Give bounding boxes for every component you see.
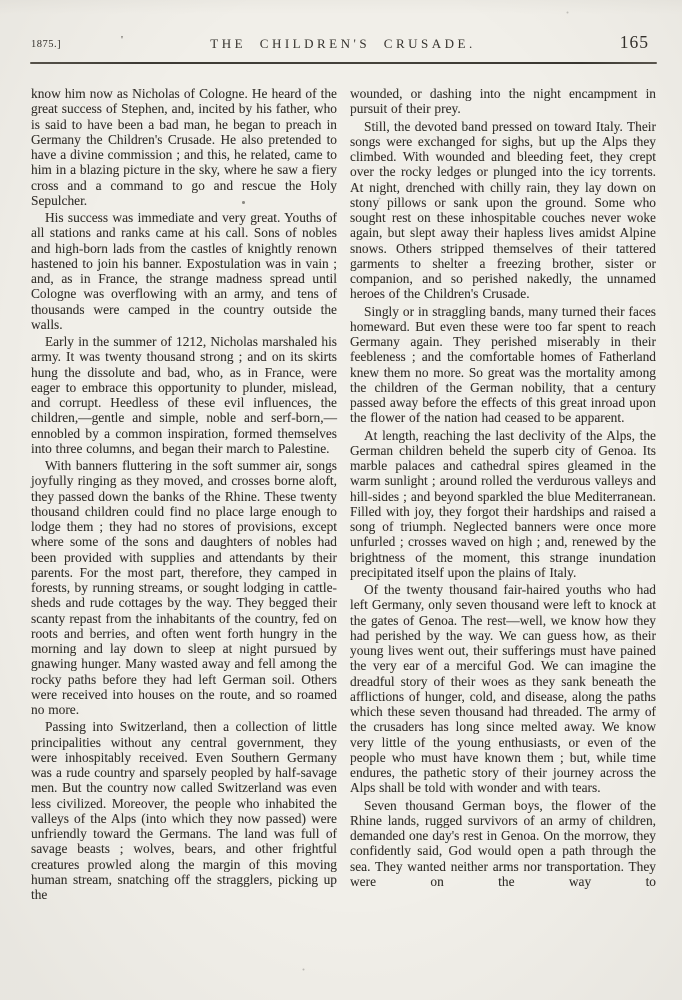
paragraph: Of the twenty thousand fair-haired youth… bbox=[350, 582, 656, 796]
paragraph: With banners fluttering in the soft summ… bbox=[31, 458, 337, 717]
page-number: 165 bbox=[620, 32, 649, 53]
scan-speck bbox=[0, 0, 1, 1]
paragraph: know him now as Nicholas of Cologne. He … bbox=[31, 86, 337, 208]
book-page: 1875.] ' THE CHILDREN'S CRUSADE. 165 kno… bbox=[0, 0, 682, 1000]
paragraph: His success was immediate and very great… bbox=[31, 210, 337, 332]
paragraph: At length, reaching the last declivity o… bbox=[350, 428, 656, 581]
right-column: wounded, or dashing into the night encam… bbox=[350, 86, 656, 902]
paragraph: wounded, or dashing into the night encam… bbox=[350, 86, 656, 117]
page-header: 1875.] ' THE CHILDREN'S CRUSADE. 165 bbox=[31, 30, 655, 56]
paragraph: Still, the devoted band pressed on towar… bbox=[350, 119, 656, 302]
header-rule bbox=[30, 62, 657, 64]
paragraph: Early in the summer of 1212, Nicholas ma… bbox=[31, 334, 337, 456]
text-columns: know him now as Nicholas of Cologne. He … bbox=[31, 86, 656, 902]
paragraph: Singly or in straggling bands, many turn… bbox=[350, 304, 656, 426]
paragraph: Passing into Switzerland, then a collect… bbox=[31, 719, 337, 902]
running-title: THE CHILDREN'S CRUSADE. bbox=[31, 36, 655, 52]
left-column: know him now as Nicholas of Cologne. He … bbox=[31, 86, 337, 902]
paragraph: Seven thousand German boys, the flower o… bbox=[350, 798, 656, 890]
